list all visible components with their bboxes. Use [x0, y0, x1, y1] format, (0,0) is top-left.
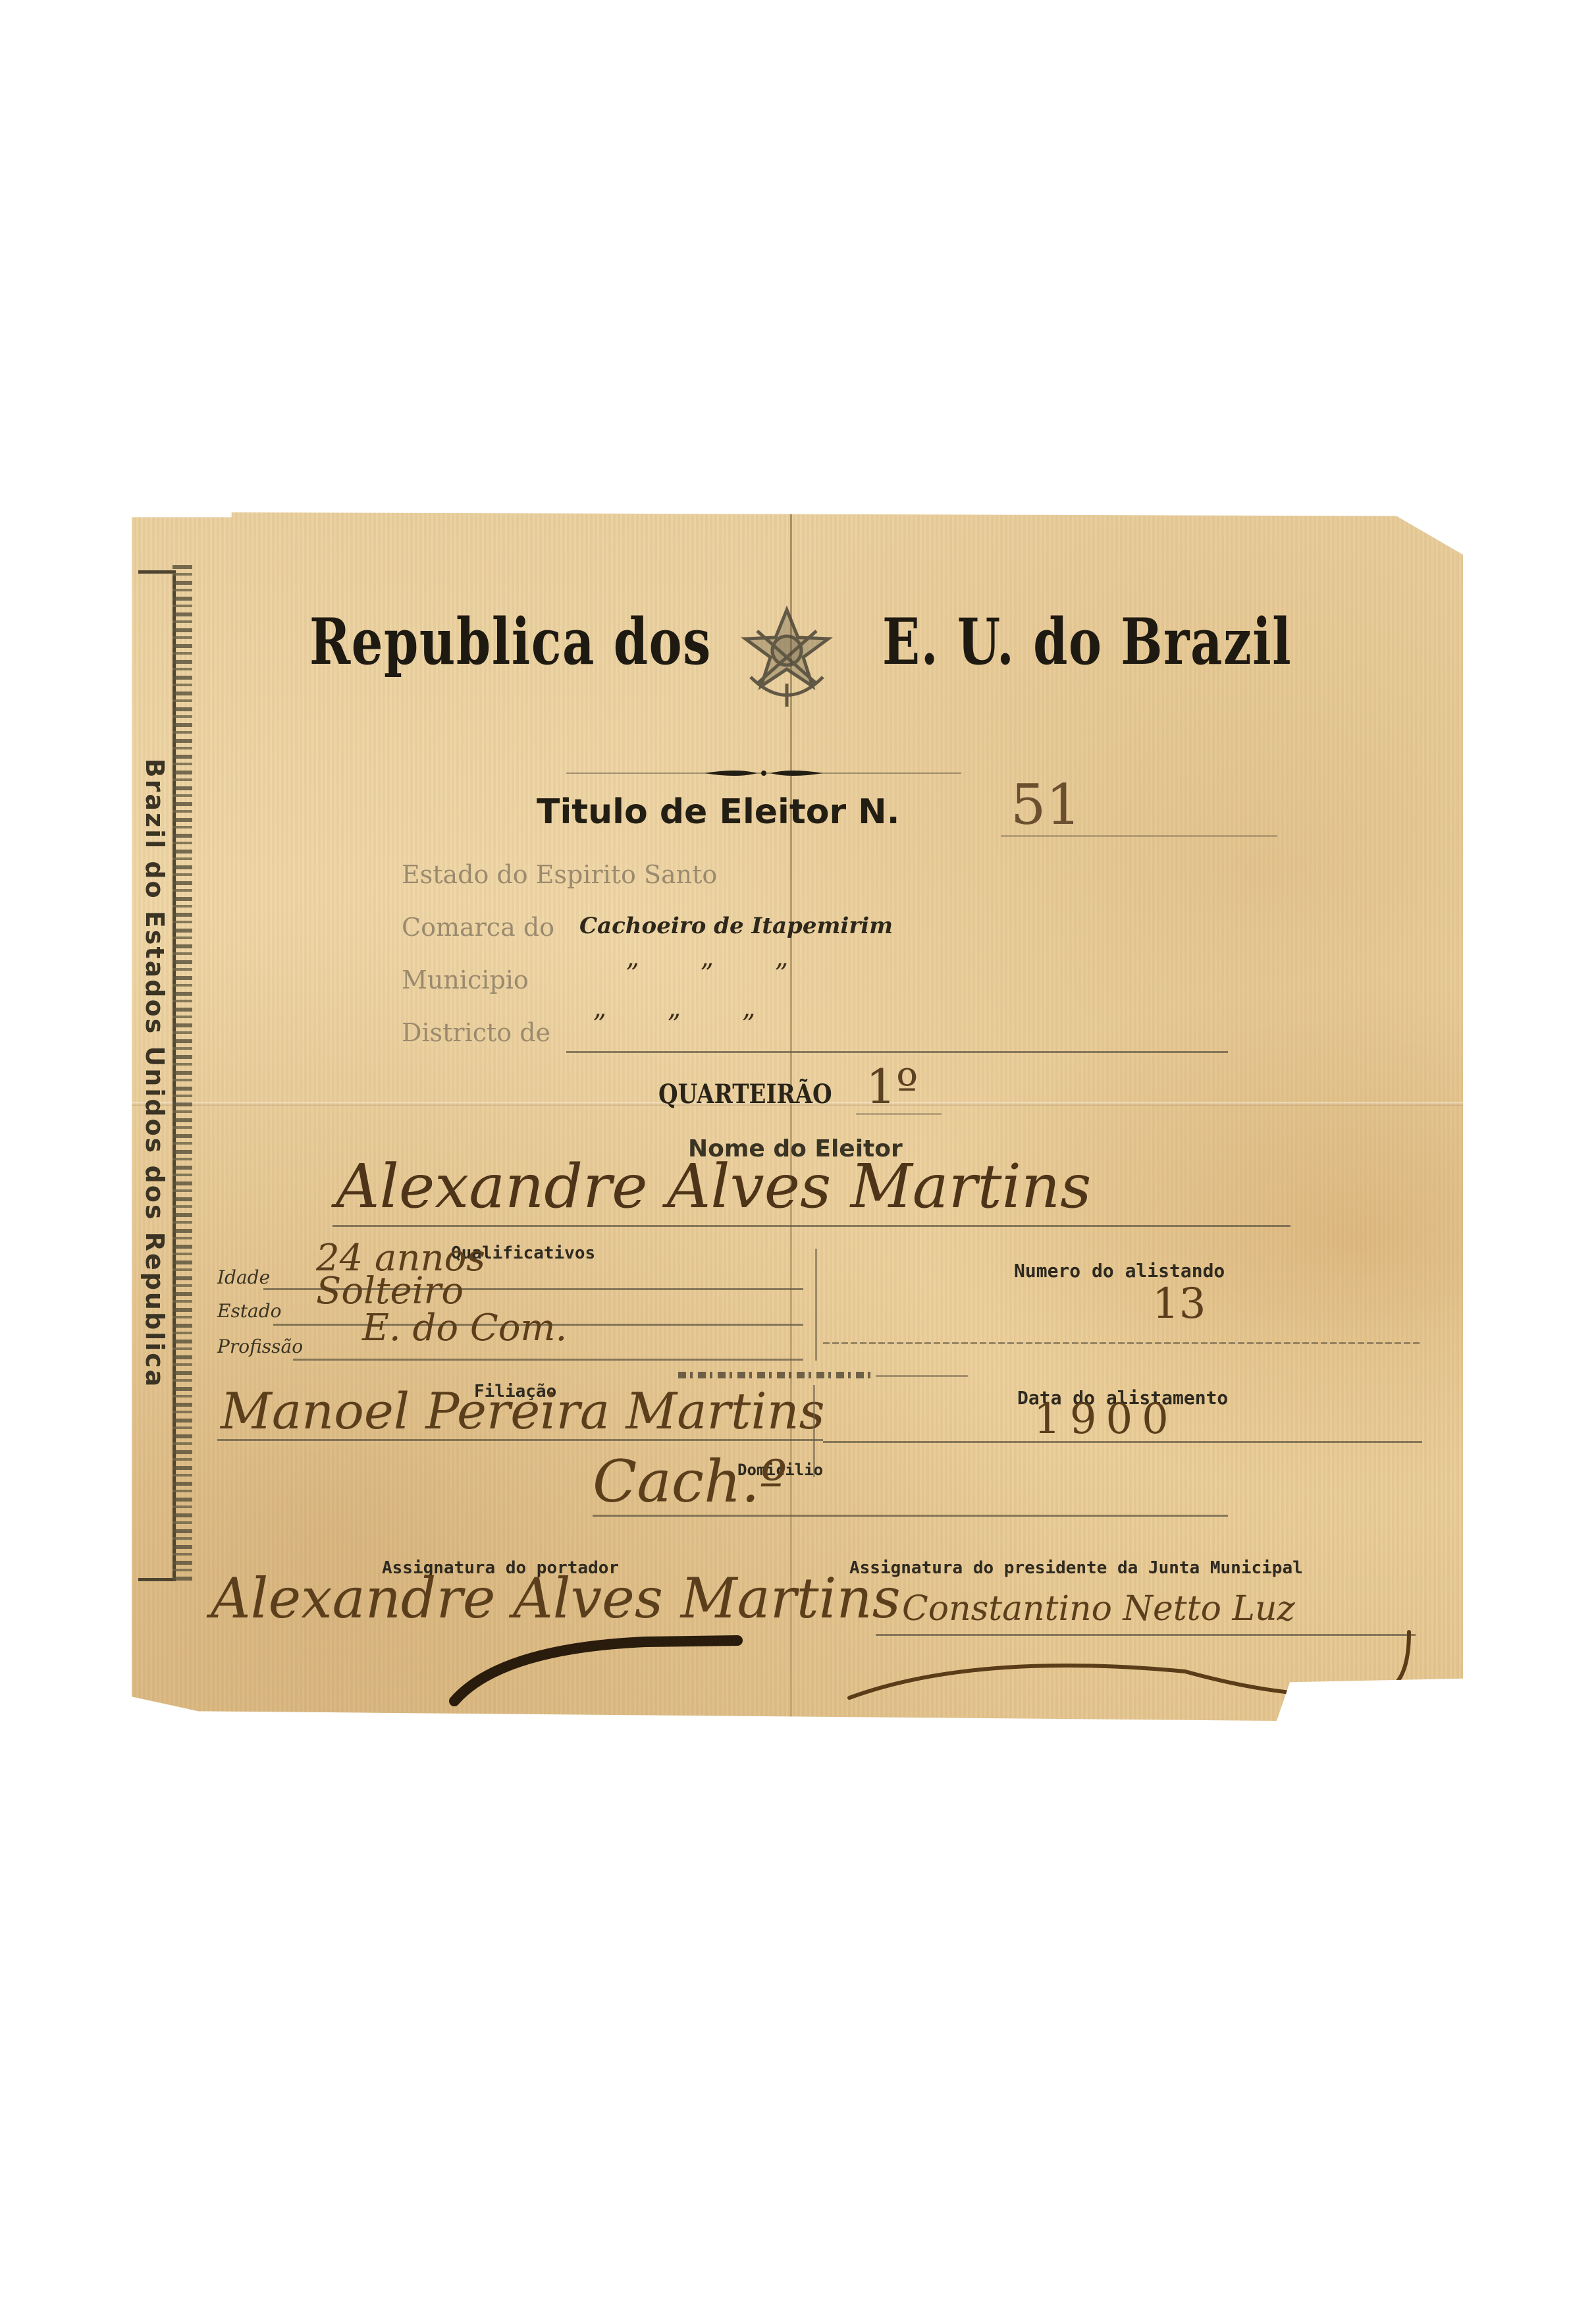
- counterfoil-stub: Brazil do Estados Unidos dos Republica: [132, 565, 194, 1583]
- municipio-label: Municipio: [402, 965, 529, 994]
- filiacao-line: [217, 1439, 823, 1441]
- estado-label: Estado do Espirito Santo: [402, 860, 717, 889]
- voter-title-document: Brazil do Estados Unidos dos Republica R…: [132, 512, 1463, 1721]
- presidente-signature: Constantino Netto Luz: [902, 1589, 1295, 1629]
- presidente-signature-label: Assignatura do presidente da Junta Munic…: [849, 1558, 1303, 1578]
- quarteirao-line: [856, 1113, 942, 1115]
- domicilio-line: [593, 1515, 1228, 1517]
- document-header: Republica dos E. U. do Brazil: [309, 591, 1297, 697]
- quarteirao-label: QUARTEIRÃO: [658, 1079, 832, 1110]
- numero-alistando-value: 13: [1152, 1280, 1206, 1328]
- profissao-value: E. do Com.: [362, 1307, 567, 1349]
- profissao-label: Profissão: [217, 1336, 303, 1357]
- quarteirao-value: 1º: [866, 1059, 918, 1114]
- header-title-right: E. U. do Brazil: [882, 605, 1292, 679]
- separator-tail: [876, 1375, 968, 1377]
- domicilio-value: Cach.º: [593, 1448, 787, 1515]
- comarca-label: Comarca do: [402, 913, 554, 942]
- numero-alistando-line: [823, 1342, 1422, 1344]
- districto-label: Districto de: [402, 1018, 550, 1047]
- stub-rotated-text: Brazil do Estados Unidos dos Republica: [140, 560, 169, 1587]
- header-title-left: Republica dos: [309, 605, 712, 679]
- nome-value: Alexandre Alves Martins: [336, 1151, 1091, 1222]
- districto-value: ” ” ”: [593, 1010, 782, 1040]
- stub-ornamental-border: [173, 565, 192, 1583]
- estado-civil-label: Estado: [217, 1300, 282, 1322]
- filiacao-value: Manoel Pereira Martins: [221, 1382, 825, 1440]
- qualificativos-divider: [815, 1249, 817, 1361]
- profissao-line: [293, 1359, 803, 1361]
- decorative-rule: [566, 768, 961, 778]
- titulo-label: Titulo de Eleitor N.: [537, 792, 899, 832]
- numero-alistando-label: Numero do alistando: [1014, 1260, 1225, 1282]
- signature-flourish: [448, 1622, 751, 1708]
- coat-of-arms-icon: [737, 605, 836, 710]
- presidente-flourish: [843, 1625, 1422, 1718]
- comarca-value: Cachoeiro de Itapemirim: [579, 913, 893, 939]
- titulo-number-line: [1001, 835, 1277, 837]
- municipio-value: ” ” ”: [625, 959, 814, 989]
- data-alistamento-value: 1900: [1034, 1395, 1178, 1444]
- ornamental-separator: [678, 1372, 876, 1378]
- districto-line: [566, 1051, 1228, 1053]
- titulo-number: 51: [1011, 773, 1081, 837]
- data-alistamento-line: [823, 1441, 1422, 1443]
- portador-signature: Alexandre Alves Martins: [211, 1566, 901, 1631]
- nome-line: [332, 1225, 1290, 1227]
- idade-label: Idade: [217, 1266, 270, 1288]
